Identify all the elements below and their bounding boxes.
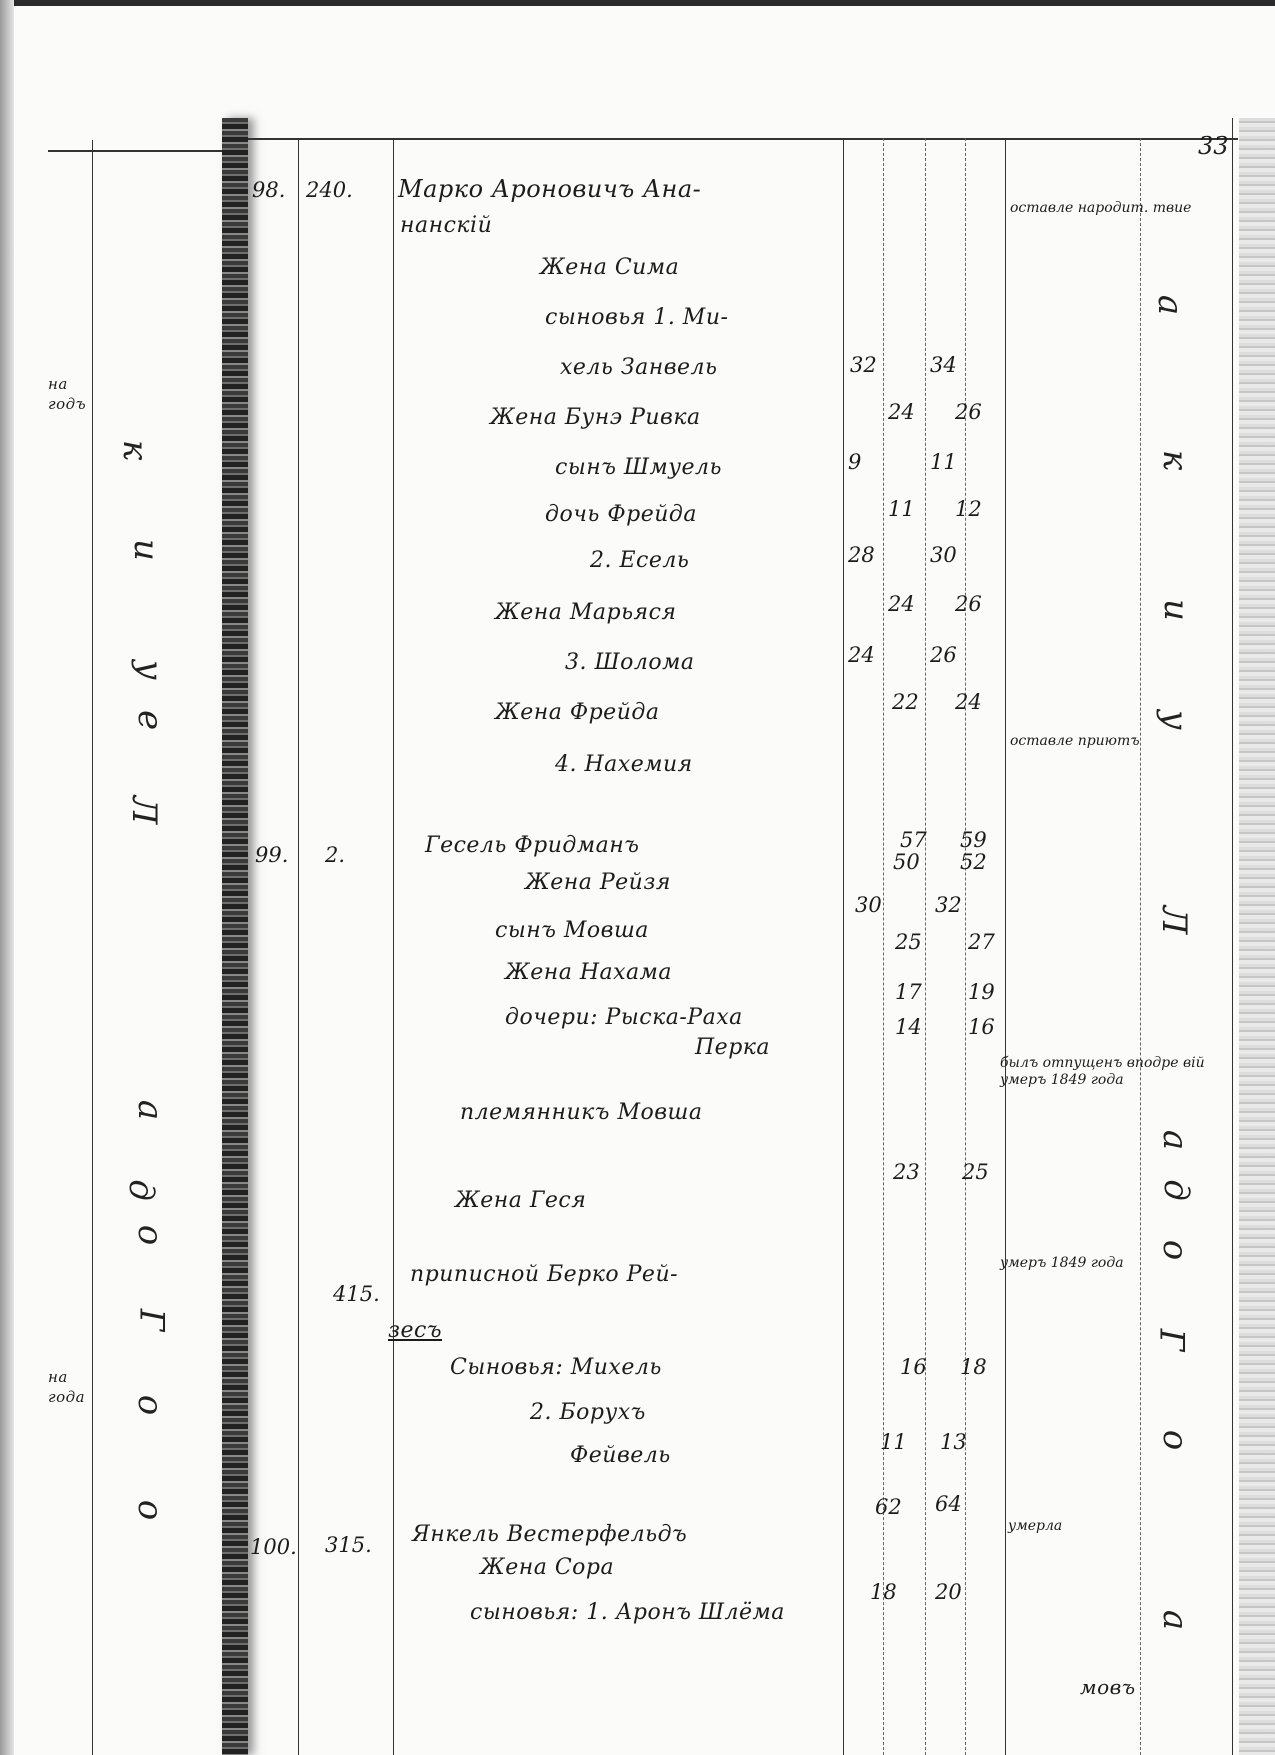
left-margin-note: на xyxy=(48,1368,68,1386)
member-name: 2. Борухъ xyxy=(530,1400,646,1425)
binding-spine xyxy=(222,118,248,1755)
margin-letter: о xyxy=(1155,1430,1195,1450)
age-1: 50 xyxy=(893,850,920,874)
member-name: хель Занвель xyxy=(560,355,718,380)
house-number: 240. xyxy=(306,178,353,202)
margin-letter: о xyxy=(1155,1240,1195,1260)
member-name: сынъ Шмуель xyxy=(555,455,722,480)
left-margin-note: на xyxy=(48,375,68,393)
remark: умеръ 1849 года xyxy=(1000,1255,1124,1272)
age-2: 13 xyxy=(940,1430,967,1454)
page-right-edge xyxy=(1239,118,1275,1755)
age-2: 34 xyxy=(930,353,957,377)
margin-letter: у xyxy=(1155,710,1195,730)
remark: оставле народит. твие xyxy=(1010,200,1191,217)
page-number: 33 xyxy=(1198,132,1229,160)
member-name: сыновья 1. Ми- xyxy=(545,305,728,330)
age-2: 11 xyxy=(930,450,957,474)
member-name: 3. Шолома xyxy=(565,650,694,675)
col-rule-remarks xyxy=(1140,138,1141,1755)
age-2: 19 xyxy=(968,980,995,1004)
house-number: 2. xyxy=(325,843,345,867)
member-name: зесъ xyxy=(388,1318,442,1343)
member-name: Жена Нахама xyxy=(505,960,672,985)
age-1: 18 xyxy=(870,1580,897,1604)
age-1: 24 xyxy=(888,592,915,616)
margin-letter: е xyxy=(130,710,170,730)
margin-letter: о xyxy=(130,1500,170,1520)
age-1: 11 xyxy=(880,1430,907,1454)
age-2: 26 xyxy=(955,400,982,424)
scan-left-edge xyxy=(0,0,14,1755)
age-1: 57 xyxy=(900,828,927,852)
age-1: 62 xyxy=(875,1495,902,1519)
left-margin-rule xyxy=(92,140,93,1755)
member-name: Янкель Вестерфельдъ xyxy=(412,1522,687,1547)
scan-top-edge xyxy=(0,0,1275,6)
member-name: дочь Фрейда xyxy=(545,502,697,527)
member-name: Сыновья: Михель xyxy=(450,1355,662,1380)
member-name: Жена Сима xyxy=(540,255,679,280)
member-name: приписной Берко Рей- xyxy=(410,1262,678,1287)
age-2: 12 xyxy=(955,497,982,521)
member-name: сыновья: 1. Аронъ Шлёма xyxy=(470,1600,785,1625)
margin-letter: к xyxy=(115,440,155,460)
member-name: Жена Марьяся xyxy=(495,600,677,625)
age-2: 32 xyxy=(935,893,962,917)
margin-letter: и xyxy=(1156,599,1196,621)
margin-letter: а xyxy=(1155,1610,1195,1630)
age-1: 32 xyxy=(850,353,877,377)
left-margin-note: года xyxy=(48,1388,85,1406)
margin-letter: Г xyxy=(1151,1329,1191,1352)
age-1: 14 xyxy=(895,1015,922,1039)
col-rule-family xyxy=(298,138,299,1755)
age-1: 30 xyxy=(855,893,882,917)
left-margin-top-rule xyxy=(48,150,224,152)
member-name: Жена Сора xyxy=(480,1555,614,1580)
age-2: 16 xyxy=(968,1015,995,1039)
member-name: Перка xyxy=(695,1035,770,1060)
age-2: 26 xyxy=(930,643,957,667)
margin-letter: Л xyxy=(1154,906,1194,934)
table-top-rule xyxy=(248,138,1238,140)
margin-letter: д xyxy=(121,1179,161,1201)
member-name: 4. Нахемия xyxy=(555,752,693,777)
margin-letter: а xyxy=(130,1100,170,1120)
margin-letter: Г xyxy=(131,1309,171,1332)
age-2: 20 xyxy=(935,1580,962,1604)
col-rule-age1b xyxy=(925,138,926,1755)
age-1: 17 xyxy=(895,980,922,1004)
family-number: 99. xyxy=(255,843,288,867)
margin-letter: к xyxy=(1155,450,1195,470)
margin-letter: а xyxy=(1150,295,1190,315)
age-2: 27 xyxy=(968,930,995,954)
age-2: 26 xyxy=(955,592,982,616)
member-name: Жена Рейзя xyxy=(525,870,671,895)
margin-letter: Л xyxy=(124,796,164,824)
age-2: 64 xyxy=(935,1492,962,1516)
family-number: 100. xyxy=(250,1535,297,1559)
age-1: 9 xyxy=(848,450,861,474)
age-1: 25 xyxy=(895,930,922,954)
age-1: 23 xyxy=(893,1160,920,1184)
col-rule-right-margin xyxy=(1232,118,1233,1755)
age-2: 30 xyxy=(930,543,957,567)
age-1: 16 xyxy=(900,1355,927,1379)
margin-letter: у xyxy=(130,660,170,680)
margin-letter: о xyxy=(130,1225,170,1245)
age-2: 52 xyxy=(960,850,987,874)
remark: оставле приютъ xyxy=(1010,733,1140,750)
house-number: 415. xyxy=(333,1282,380,1306)
member-name: дочери: Рыска-Раха xyxy=(505,1005,743,1030)
left-margin-note: годъ xyxy=(48,395,86,413)
member-name: Жена Фрейда xyxy=(495,700,659,725)
age-1: 28 xyxy=(848,543,875,567)
age-2: 24 xyxy=(955,690,982,714)
member-name: Фейвель xyxy=(570,1443,671,1468)
margin-letter: д xyxy=(1156,1179,1196,1201)
margin-letter: а xyxy=(1155,1130,1195,1150)
member-name: Марко Ароновичъ Ана- xyxy=(398,175,701,203)
col-rule-house xyxy=(393,138,394,1755)
margin-letter: и xyxy=(126,539,166,561)
member-name: Гесель Фридманъ xyxy=(425,833,639,858)
member-name: племянникъ Мовша xyxy=(460,1100,702,1125)
member-name: Жена Бунэ Ривка xyxy=(490,405,701,430)
right-margin-signature: мовъ xyxy=(1080,1675,1136,1699)
age-2: 18 xyxy=(960,1355,987,1379)
age-1: 22 xyxy=(892,690,919,714)
col-rule-age2 xyxy=(965,138,966,1755)
col-rule-age2b xyxy=(1005,138,1006,1755)
member-name: нанскій xyxy=(400,213,492,238)
house-number: 315. xyxy=(325,1533,372,1557)
member-name: Жена Геся xyxy=(455,1188,586,1213)
remark: умерла xyxy=(1008,1518,1062,1535)
margin-letter: о xyxy=(130,1395,170,1415)
age-1: 24 xyxy=(848,643,875,667)
age-1: 11 xyxy=(888,497,915,521)
col-rule-name xyxy=(843,138,844,1755)
age-1: 24 xyxy=(888,400,915,424)
remark: былъ отпущенъ вподре вій умеръ 1849 года xyxy=(1000,1055,1230,1089)
age-2: 59 xyxy=(960,828,987,852)
age-2: 25 xyxy=(962,1160,989,1184)
member-name: 2. Есель xyxy=(590,548,689,573)
member-name: сынъ Мовша xyxy=(495,918,649,943)
family-number: 98. xyxy=(252,178,285,202)
